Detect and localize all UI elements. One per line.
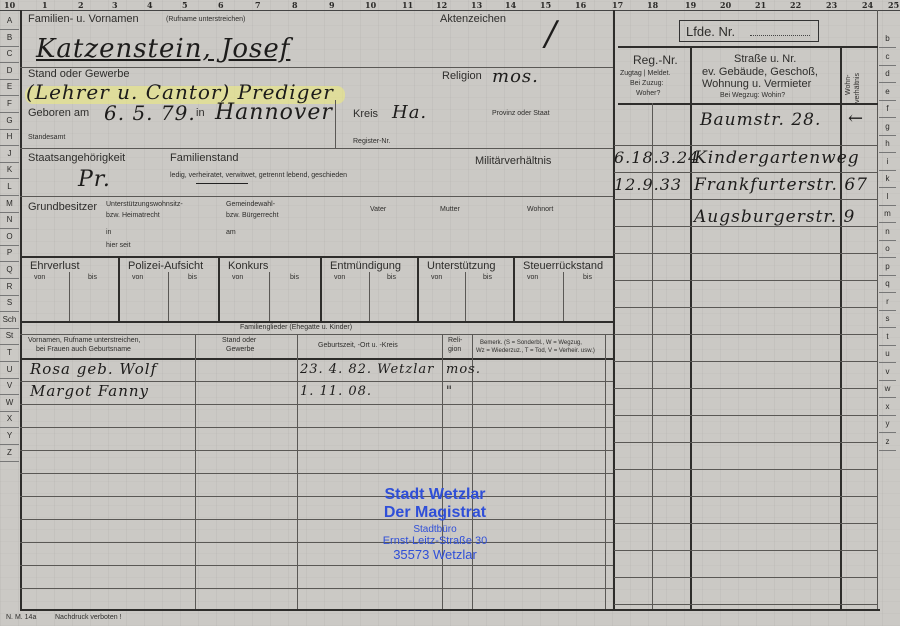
- ruler-number: 8: [292, 0, 298, 10]
- street-header-2: ev. Gebäude, Geschoß,: [702, 66, 818, 78]
- ruler-letter: m: [879, 205, 896, 223]
- ruler-number: 20: [720, 0, 731, 10]
- row-line: [20, 427, 613, 428]
- reg-sub-header-3: Woher?: [636, 90, 660, 97]
- ruler-number: 14: [505, 0, 516, 10]
- status-from-label: von: [334, 274, 345, 281]
- ruler-letter: N: [0, 212, 19, 229]
- row-line: [614, 469, 877, 470]
- relation-header: Wohn-: [845, 75, 852, 96]
- family-member-name: Margot Fanny: [30, 382, 149, 400]
- ruler-number: 9: [329, 0, 335, 10]
- ruler-letter: B: [0, 30, 19, 47]
- family-member-birth: 1. 11. 08.: [300, 384, 372, 399]
- ruler-letter: l: [879, 188, 896, 206]
- citizenship-value: Pr.: [78, 167, 111, 192]
- registry-office-label: Standesamt: [28, 134, 65, 141]
- ruler-letter: k: [879, 170, 896, 188]
- reg-number-header: Reg.-Nr.: [633, 53, 678, 67]
- ruler-letter: b: [879, 30, 896, 48]
- family-header-religion-2: gion: [448, 346, 461, 353]
- reg-sub-header-2: Bei Zuzug:: [630, 80, 663, 87]
- divider: [840, 48, 842, 609]
- row-line: [614, 604, 877, 605]
- serial-number-label: Lfde. Nr.: [686, 24, 735, 39]
- ruler-letter: L: [0, 179, 19, 196]
- ruler-letter: V: [0, 378, 19, 395]
- ruler-letter: w: [879, 380, 896, 398]
- ruler-letter: U: [0, 362, 19, 379]
- mother-label: Mutter: [440, 206, 460, 213]
- bottom-border: [20, 609, 880, 611]
- ruler-number: 10: [4, 0, 15, 10]
- ruler-letter: St: [0, 328, 19, 345]
- top-ruler: 1012345678910111213141516171819202122232…: [0, 0, 900, 11]
- status-title: Ehrverlust: [30, 260, 80, 272]
- section-divider: [613, 10, 615, 610]
- ruler-letter: d: [879, 65, 896, 83]
- ruler-letter: o: [879, 240, 896, 258]
- family-header-religion: Reli-: [448, 337, 462, 344]
- family-member-name: Rosa geb. Wolf: [30, 360, 157, 378]
- divider: [118, 257, 120, 321]
- ruler-number: 19: [685, 0, 696, 10]
- row-line: [614, 199, 877, 200]
- ruler-number: 15: [540, 0, 551, 10]
- residence-street: Kindergartenweg: [694, 148, 860, 168]
- row-line: [20, 542, 613, 543]
- ruler-letter: r: [879, 293, 896, 311]
- ruler-letter: c: [879, 48, 896, 66]
- divider: [690, 48, 692, 609]
- relation-header-2: verhältnis: [854, 73, 861, 103]
- kreis-value: Ha.: [392, 102, 427, 123]
- row-line: [614, 442, 877, 443]
- born-place: Hannover: [215, 100, 333, 125]
- divider: [20, 148, 613, 149]
- ruler-letter: e: [879, 83, 896, 101]
- ruler-number: 4: [147, 0, 153, 10]
- ruler-letter: Y: [0, 428, 19, 445]
- row-line: [614, 415, 877, 416]
- divider: [168, 272, 169, 321]
- status-title: Polizei-Aufsicht: [128, 260, 203, 272]
- divider: [618, 46, 878, 48]
- citizenship-label: Staatsangehörigkeit: [28, 152, 125, 164]
- ruler-number: 18: [647, 0, 658, 10]
- ruler-letter: q: [879, 275, 896, 293]
- stamp-line-2: Der Magistrat: [350, 504, 520, 522]
- divider: [465, 272, 466, 321]
- status-title: Konkurs: [228, 260, 268, 272]
- divider: [20, 196, 613, 197]
- citizen-right-label-2: bzw. Bürgerrecht: [226, 212, 279, 219]
- ruler-number: 23: [826, 0, 837, 10]
- street-header-3: Wohnung u. Vermieter: [702, 78, 811, 90]
- row-line: [614, 307, 877, 308]
- ruler-letter: K: [0, 162, 19, 179]
- residence-reg-date: 12.9.33: [614, 175, 682, 194]
- father-label: Vater: [370, 206, 386, 213]
- marital-status-options: ledig, verheiratet, verwitwet, getrennt …: [170, 172, 347, 179]
- residence-relation-mark: ←: [848, 108, 864, 129]
- stamp-line-5: 35573 Wetzlar: [350, 547, 520, 562]
- row-line: [20, 450, 613, 451]
- status-title: Steuerrückstand: [523, 260, 603, 272]
- ruler-number: 1: [42, 0, 48, 10]
- row-line: [614, 334, 877, 335]
- ruler-letter: x: [879, 398, 896, 416]
- ruler-number: 6: [218, 0, 224, 10]
- province-label: Provinz oder Staat: [492, 110, 550, 117]
- born-label: Geboren am: [28, 107, 89, 119]
- family-member-religion: ": [446, 384, 453, 399]
- registration-card: 1012345678910111213141516171819202122232…: [0, 0, 900, 626]
- status-to-label: bis: [387, 274, 396, 281]
- divider: [513, 257, 515, 321]
- divider: [335, 100, 336, 148]
- born-in-label: in: [196, 107, 205, 119]
- divider: [218, 257, 220, 321]
- row-line: [614, 388, 877, 389]
- ruler-number: 7: [255, 0, 261, 10]
- file-number-label: Aktenzeichen: [440, 13, 506, 25]
- status-from-label: von: [132, 274, 143, 281]
- ruler-letter: F: [0, 96, 19, 113]
- ruler-letter: n: [879, 223, 896, 241]
- name-value: Katzenstein, Josef: [36, 34, 290, 64]
- ruler-number: 16: [575, 0, 586, 10]
- row-line: [20, 404, 613, 405]
- family-member-birth: 23. 4. 82. Wetzlar: [300, 362, 434, 377]
- ruler-number: 21: [755, 0, 766, 10]
- ruler-letter: M: [0, 196, 19, 213]
- row-line: [614, 577, 877, 578]
- ruler-letter: O: [0, 229, 19, 246]
- official-stamp: Stadt Wetzlar Der Magistrat Stadtbüro Er…: [350, 486, 520, 562]
- status-from-label: von: [431, 274, 442, 281]
- reprint-notice: Nachdruck verboten !: [55, 614, 122, 621]
- support-in-label: in: [106, 229, 111, 236]
- support-residence-label-2: bzw. Heimatrecht: [106, 212, 160, 219]
- divider: [69, 272, 70, 321]
- ruler-number: 10: [365, 0, 376, 10]
- ruler-number: 5: [182, 0, 188, 10]
- ruler-number: 22: [790, 0, 801, 10]
- ruler-letter: i: [879, 153, 896, 171]
- status-to-label: bis: [483, 274, 492, 281]
- divider: [618, 103, 878, 105]
- landowner-label: Grundbesitzer: [28, 201, 97, 213]
- row-line: [614, 172, 877, 173]
- residence-reg-date: 6.18.3.24: [614, 148, 699, 167]
- citizen-right-am-label: am: [226, 229, 236, 236]
- ruler-letter: X: [0, 411, 19, 428]
- ruler-number: 13: [471, 0, 482, 10]
- row-line: [614, 280, 877, 281]
- ruler-letter: A: [0, 13, 19, 30]
- ruler-letter: v: [879, 363, 896, 381]
- divider: [442, 334, 443, 609]
- ruler-letter: g: [879, 118, 896, 136]
- ruler-letter: H: [0, 129, 19, 146]
- ruler-letter: G: [0, 113, 19, 130]
- ruler-letter: s: [879, 310, 896, 328]
- residence-street: Frankfurterstr. 67: [694, 175, 868, 195]
- status-to-label: bis: [188, 274, 197, 281]
- street-header: Straße u. Nr.: [734, 53, 796, 65]
- name-hint: (Rufname unterstreichen): [166, 16, 245, 23]
- family-header-names: Vornamen, Rufname unterstreichen,: [28, 337, 140, 344]
- row-line: [20, 473, 613, 474]
- military-label: Militärverhältnis: [475, 155, 551, 167]
- row-line: [20, 519, 613, 520]
- row-line: [20, 496, 613, 497]
- family-header-remarks-2: Wz = Wiederzuz., T = Tod, V = Verheir. u…: [476, 348, 595, 354]
- ruler-letter: Q: [0, 262, 19, 279]
- divider: [20, 321, 613, 323]
- status-from-label: von: [34, 274, 45, 281]
- ruler-letter: Sch: [0, 312, 19, 329]
- ruler-number: 12: [436, 0, 447, 10]
- file-number-value: /: [545, 14, 557, 54]
- register-number-label: Register-Nr.: [353, 138, 390, 145]
- serial-number-box: Lfde. Nr.: [679, 20, 819, 42]
- marital-selection-underline: [196, 183, 248, 184]
- ruler-letter: J: [0, 146, 19, 163]
- ruler-number: 25: [888, 0, 899, 10]
- divider: [563, 272, 564, 321]
- ruler-letter: z: [879, 433, 896, 451]
- street-header-4: Bei Wegzug: Wohin?: [720, 92, 785, 99]
- row-line: [614, 496, 877, 497]
- stamp-line-3: Stadtbüro: [350, 524, 520, 535]
- ruler-number: 3: [112, 0, 118, 10]
- religion-value: mos.: [492, 66, 539, 87]
- row-line: [20, 565, 613, 566]
- ruler-letter: E: [0, 79, 19, 96]
- name-label: Familien- u. Vornamen: [28, 13, 139, 25]
- status-title: Unterstützung: [427, 260, 495, 272]
- stamp-line-1: Stadt Wetzlar: [350, 486, 520, 504]
- family-title: Familienglieder (Ehegatte u. Kinder): [240, 324, 352, 331]
- ruler-letter: R: [0, 279, 19, 296]
- family-header-occupation: Stand oder: [222, 337, 256, 344]
- status-to-label: bis: [88, 274, 97, 281]
- family-header-remarks: Bemerk. (S = Sonderbl., W = Wegzug,: [480, 340, 582, 346]
- status-from-label: von: [527, 274, 538, 281]
- religion-label: Religion: [442, 70, 482, 82]
- ruler-letter: t: [879, 328, 896, 346]
- ruler-number: 17: [612, 0, 623, 10]
- ruler-letter: h: [879, 135, 896, 153]
- support-residence-label: Unterstützungswohnsitz-: [106, 201, 183, 208]
- ruler-number: 2: [78, 0, 84, 10]
- divider: [320, 257, 322, 321]
- ruler-letter: D: [0, 63, 19, 80]
- ruler-letter: W: [0, 395, 19, 412]
- row-line: [20, 588, 613, 589]
- status-to-label: bis: [583, 274, 592, 281]
- family-member-religion: mos.: [446, 362, 481, 377]
- family-header-occupation-2: Gewerbe: [226, 346, 254, 353]
- ruler-number: 24: [862, 0, 873, 10]
- row-line: [614, 145, 877, 146]
- serial-number-field[interactable]: [750, 35, 810, 36]
- ruler-letter: p: [879, 258, 896, 276]
- divider: [269, 272, 270, 321]
- marital-status-label: Familienstand: [170, 152, 238, 164]
- row-line: [614, 361, 877, 362]
- family-header-names-2: bei Frauen auch Geburtsname: [36, 346, 131, 353]
- ruler-letter: P: [0, 245, 19, 262]
- ruler-letter: C: [0, 46, 19, 63]
- form-code: N. M. 14a: [6, 614, 36, 621]
- divider: [195, 334, 196, 609]
- ruler-letter: T: [0, 345, 19, 362]
- occupation-label: Stand oder Gewerbe: [28, 68, 130, 80]
- left-border: [20, 10, 22, 610]
- status-from-label: von: [232, 274, 243, 281]
- status-to-label: bis: [290, 274, 299, 281]
- ruler-letter: Z: [0, 445, 19, 462]
- ruler-letter: y: [879, 415, 896, 433]
- divider: [297, 334, 298, 609]
- reg-sub-header: Zugtag | Meldet.: [620, 70, 670, 77]
- support-since-label: hier seit: [106, 242, 131, 249]
- stamp-line-4: Ernst-Leitz-Straße 30: [350, 535, 520, 547]
- residence-street: Baumstr. 28.: [700, 110, 821, 130]
- divider: [369, 272, 370, 321]
- row-line: [614, 253, 877, 254]
- family-header-birth: Geburtszeit, -Ort u. -Kreis: [318, 342, 398, 349]
- divider: [20, 256, 613, 258]
- citizen-right-label: Gemeindewahl-: [226, 201, 275, 208]
- ruler-letter: S: [0, 295, 19, 312]
- ruler-number: 11: [402, 0, 413, 10]
- ruler-letter: f: [879, 100, 896, 118]
- divider: [417, 257, 419, 321]
- status-title: Entmündigung: [330, 260, 401, 272]
- residence-label: Wohnort: [527, 206, 553, 213]
- divider: [605, 334, 606, 609]
- row-line: [614, 523, 877, 524]
- residence-street: Augsburgerstr. 9: [694, 207, 855, 227]
- right-border: [877, 10, 878, 610]
- divider: [20, 334, 613, 335]
- born-date: 6. 5. 79.: [104, 101, 196, 125]
- kreis-label: Kreis: [353, 108, 378, 120]
- ruler-letter: u: [879, 345, 896, 363]
- row-line: [614, 550, 877, 551]
